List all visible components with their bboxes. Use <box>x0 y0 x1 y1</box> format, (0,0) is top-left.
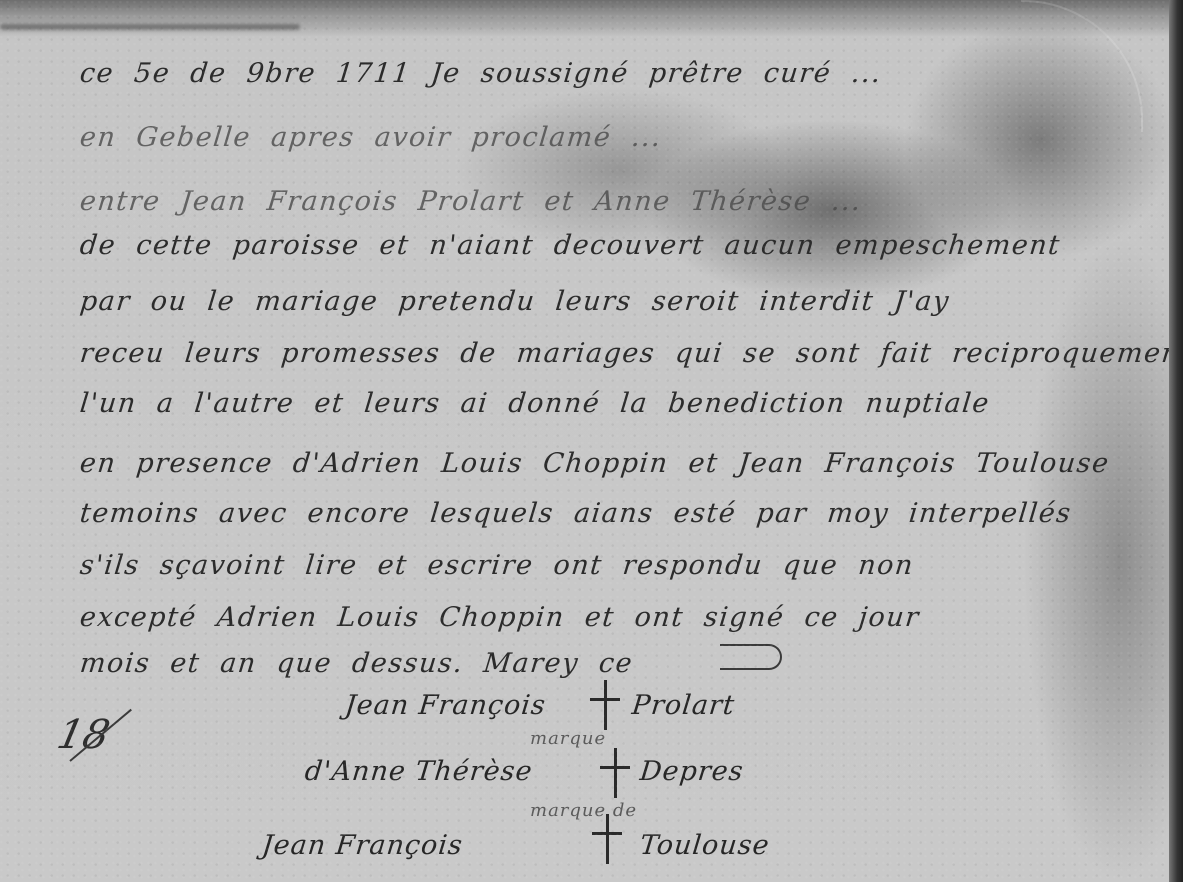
manuscript-page: ce 5e de 9bre 1711 Je soussigné prêtre c… <box>0 0 1183 882</box>
page-corner-curl <box>1021 0 1143 132</box>
entry-line-1: ce 5e de 9bre 1711 Je soussigné prêtre c… <box>78 58 883 89</box>
ink-flourish <box>720 644 782 670</box>
entry-line-10: s'ils sçavoint lire et escrire ont respo… <box>78 550 915 581</box>
signature-3-name: Jean François <box>260 830 464 861</box>
signature-2-surname: Depres <box>638 756 745 787</box>
signature-2-mark-label: marque <box>530 728 606 749</box>
page-fold <box>0 24 300 30</box>
entry-line-6: receu leurs promesses de mariages qui se… <box>78 338 1183 369</box>
entry-line-12: mois et an que dessus. Marey ce <box>78 648 634 679</box>
signature-2-name: d'Anne Thérèse <box>303 756 534 787</box>
entry-line-11: excepté Adrien Louis Choppin et ont sign… <box>78 602 921 633</box>
entry-line-9: temoins avec encore lesquels aians esté … <box>78 498 1073 529</box>
margin-entry-number: 18 <box>53 712 114 758</box>
entry-line-3: entre Jean François Prolart et Anne Thér… <box>78 186 863 217</box>
entry-line-8: en presence d'Adrien Louis Choppin et Je… <box>78 448 1111 479</box>
entry-line-5: par ou le mariage pretendu leurs seroit … <box>78 286 951 317</box>
signature-1-name: Jean François <box>343 690 547 721</box>
cross-mark-icon <box>592 814 622 864</box>
entry-line-7: l'un a l'autre et leurs ai donné la bene… <box>78 388 991 419</box>
entry-line-2: en Gebelle apres avoir proclamé ... <box>78 122 663 153</box>
signature-3-surname: Toulouse <box>638 830 771 861</box>
signature-1-surname: Prolart <box>630 690 736 721</box>
cross-mark-icon <box>590 680 620 730</box>
entry-line-4: de cette paroisse et n'aiant decouvert a… <box>78 230 1062 261</box>
cross-mark-icon <box>600 748 630 798</box>
